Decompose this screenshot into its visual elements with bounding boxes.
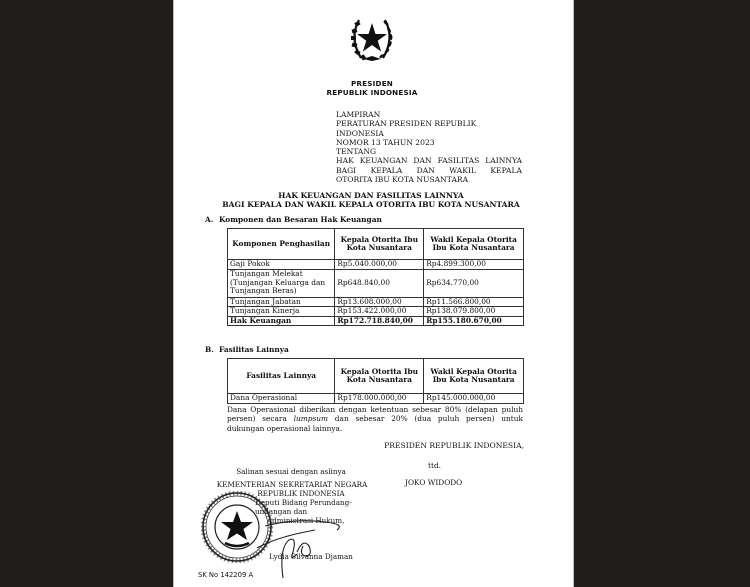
title-line2: BAGI KEPALA DAN WAKIL KEPALA OTORITA IBU…: [196, 200, 546, 209]
row-label: Tunjangan Kinerja: [228, 307, 335, 317]
column-header: Wakil Kepala Otorita Ibu Kota Nusantara: [424, 359, 524, 394]
note-italic: lumpsum: [294, 414, 328, 423]
other-facilities-table: Fasilitas Lainnya Kepala Otorita Ibu Kot…: [227, 358, 524, 404]
letterhead-line2: REPUBLIK INDONESIA: [300, 88, 444, 97]
certified-copy-label: Salinan sesuai dengan aslinya: [216, 467, 366, 476]
garuda-star-emblem-icon: [345, 12, 399, 64]
lampiran-line: PERATURAN PRESIDEN REPUBLIK INDONESIA: [336, 119, 522, 138]
signer-office: PRESIDEN REPUBLIK INDONESIA,: [378, 441, 524, 450]
kepala-value: Rp178.000.000,00: [335, 394, 424, 404]
wakil-value: Rp145.000.000,00: [424, 394, 524, 404]
signer-name: JOKO WIDODO: [405, 478, 462, 487]
table-row: Gaji PokokRp5.040.000,00Rp4.899.300,00: [228, 260, 524, 270]
column-header: Kepala Otorita Ibu Kota Nusantara: [335, 229, 424, 260]
total-row: Hak KeuanganRp172.718.840,00Rp155.180.67…: [228, 316, 524, 326]
signed-marker: ttd.: [428, 461, 441, 470]
lampiran-line: OTORITA IBU KOTA NUSANTARA: [336, 175, 522, 184]
section-title: Komponen dan Besaran Hak Keuangan: [219, 215, 382, 224]
row-label: Dana Operasional: [228, 394, 335, 404]
row-label: Tunjangan Melekat (Tunjangan Keluarga da…: [228, 269, 335, 297]
column-header: Fasilitas Lainnya: [228, 359, 335, 394]
document-title: HAK KEUANGAN DAN FASILITAS LAINNYA BAGI …: [196, 191, 546, 210]
ministry-line: KEMENTERIAN SEKRETARIAT NEGARA: [207, 480, 377, 489]
section-title: Fasilitas Lainnya: [219, 345, 289, 354]
handwritten-signature: [255, 508, 355, 578]
title-line1: HAK KEUANGAN DAN FASILITAS LAINNYA: [196, 191, 546, 200]
section-b-heading: B.Fasilitas Lainnya: [205, 345, 289, 354]
lampiran-line: HAK KEUANGAN DAN FASILITAS LAINNYA: [336, 156, 522, 165]
table-row: Tunjangan KinerjaRp153.422.000,00Rp138.0…: [228, 307, 524, 317]
kepala-value: Rp153.422.000,00: [335, 307, 424, 317]
wakil-value: Rp138.079.800,00: [424, 307, 524, 317]
row-label: Gaji Pokok: [228, 260, 335, 270]
lampiran-line: LAMPIRAN: [336, 110, 522, 119]
lampiran-line: NOMOR 13 TAHUN 2023: [336, 138, 522, 147]
lampiran-line: TENTANG: [336, 147, 522, 156]
section-letter: B.: [205, 345, 219, 354]
financial-rights-table: Komponen Penghasilan Kepala Otorita Ibu …: [227, 228, 524, 326]
section-letter: A.: [205, 215, 219, 224]
column-header: Komponen Penghasilan: [228, 229, 335, 260]
section-a-heading: A.Komponen dan Besaran Hak Keuangan: [205, 215, 382, 224]
column-header: Kepala Otorita Ibu Kota Nusantara: [335, 359, 424, 394]
document-number: SK No 142209 A: [198, 571, 253, 579]
kepala-total: Rp172.718.840,00: [335, 316, 424, 326]
table-row: Tunjangan Melekat (Tunjangan Keluarga da…: [228, 269, 524, 297]
attachment-header: LAMPIRAN PERATURAN PRESIDEN REPUBLIK IND…: [336, 110, 522, 184]
total-label: Hak Keuangan: [228, 316, 335, 326]
kepala-value: Rp5.040.000,00: [335, 260, 424, 270]
lampiran-line: BAGI KEPALA DAN WAKIL KEPALA: [336, 166, 522, 175]
wakil-total: Rp155.180.670,00: [424, 316, 524, 326]
wakil-value: Rp634.770,00: [424, 269, 524, 297]
table-row: Dana OperasionalRp178.000.000,00Rp145.00…: [228, 394, 524, 404]
operational-fund-note: Dana Operasional diberikan dengan ketent…: [227, 405, 523, 433]
letterhead-caption: PRESIDEN REPUBLIK INDONESIA: [300, 79, 444, 97]
column-header: Wakil Kepala Otorita Ibu Kota Nusantara: [424, 229, 524, 260]
wakil-value: Rp4.899.300,00: [424, 260, 524, 270]
kepala-value: Rp648.840,00: [335, 269, 424, 297]
letterhead-line1: PRESIDEN: [300, 79, 444, 88]
